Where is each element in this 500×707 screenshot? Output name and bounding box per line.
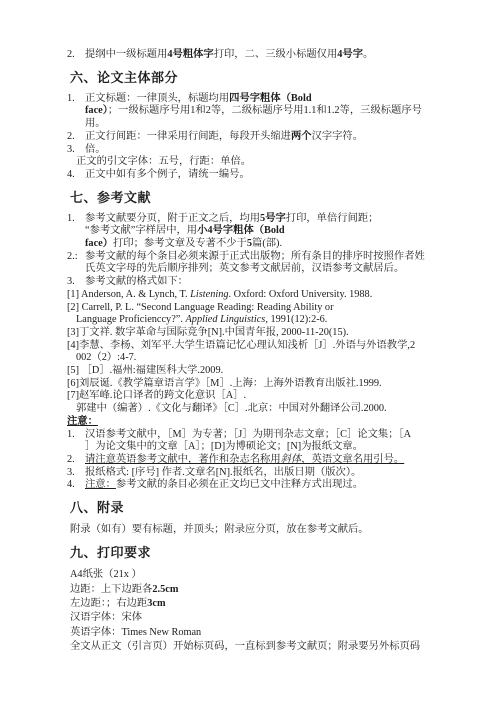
text-segment: 汉语参考文献中，［M］为专著；［J］为期刊杂志文章；［C］论文集；［A bbox=[85, 429, 411, 440]
text-segment: Listening bbox=[190, 289, 228, 300]
list-item: 2.正文行间距：一律采用行间距，每段开头缩进两个汉字字符。 bbox=[67, 131, 445, 144]
text-segment: . Oxford: Oxford University. 1988. bbox=[229, 289, 373, 300]
text-segment: [7]赵军峰.论口译者的跨文化意识［A］. bbox=[67, 390, 246, 401]
text-segment: 4号粗体字 bbox=[167, 49, 213, 60]
list-item: 3.参考文献的格式如下： bbox=[67, 276, 445, 289]
text-segment: [1] Anderson, A. & Lynch, T. bbox=[67, 289, 190, 300]
list-marker: 3. bbox=[67, 467, 85, 480]
list-item-text: 倍。 bbox=[85, 144, 106, 157]
reference-entry: [7]赵军峰.论口译者的跨文化意识［A］.郭建中（编著）.《文化与翻译》［C］.… bbox=[67, 390, 445, 415]
document-page: 2.提纲中一级标题用4号粗体字打印，二、三级小标题仅用4号字。六、论文主体部分1… bbox=[0, 0, 500, 707]
reference-entry: [2] Carrell, P. L. “Second Language Read… bbox=[67, 302, 445, 327]
text-segment: 六、论文主体部分 bbox=[70, 70, 178, 85]
list-marker: 1. bbox=[67, 213, 85, 251]
text-segment: 汉字字符。 bbox=[312, 131, 363, 142]
text-segment: 正文中如有多个例子，请统一编号。 bbox=[85, 169, 250, 180]
list-marker: 2. bbox=[67, 131, 85, 144]
paragraph-line: A4纸张（21x ） bbox=[70, 568, 445, 582]
list-item: 4.正文中如有多个例子，请统一编号。 bbox=[67, 169, 445, 182]
reference-entry: [6]刘辰诞.《教学篇章语言学》［M］.上海：上海外语教育出版社.1999. bbox=[67, 378, 445, 391]
text-segment: 左边距：；右边距 bbox=[70, 598, 147, 609]
list-item-text: 参考文献的格式如下： bbox=[85, 276, 188, 289]
list-marker: 4. bbox=[67, 479, 85, 492]
text-segment: [3]丁文祥. 数字革命与国际竞争[N].中国青年报, 2000-11-20(1… bbox=[67, 327, 349, 338]
list-item: 3.倍。 bbox=[67, 144, 445, 157]
list-item-text: 正文标题：一律顶头，标题均用四号字粗体（Boldface）；一级标题序号用1和2… bbox=[85, 93, 422, 131]
text-segment: 附录（如有）要有标题，并顶头；附录应分页，放在参考文献后。 bbox=[70, 524, 369, 535]
text-segment: 打印，二、三级小标题仅用 bbox=[214, 49, 338, 60]
paragraph-line: 注意： bbox=[67, 416, 445, 429]
text-segment: 参考文献的格式如下： bbox=[85, 276, 188, 287]
text-segment: 七、参考文献 bbox=[70, 190, 151, 205]
text-segment: face） bbox=[85, 105, 108, 116]
section-heading: 七、参考文献 bbox=[70, 190, 445, 206]
list-item-text: 正文中如有多个例子，请统一编号。 bbox=[85, 169, 250, 182]
list-item: 2.请注意英语参考文献中，著作和杂志名称用斜体，英语文章名用引号。 bbox=[67, 454, 445, 467]
list-item: 1.汉语参考文献中，［M］为专著；［J］为期刊杂志文章；［C］论文集；［A］为论… bbox=[67, 429, 445, 454]
list-item: 4.注意：参考文献的条目必须在正文均已文中注释方式出现过。 bbox=[67, 479, 445, 492]
paragraph-line: 全文从正文（引言页）开始标页码，一直标到参考文献页；附录要另外标页码 bbox=[70, 640, 445, 654]
text-segment: 提纲中一级标题用 bbox=[85, 49, 167, 60]
list-item-text: 正文行间距：一律采用行间距，每段开头缩进两个汉字字符。 bbox=[85, 131, 363, 144]
text-segment: 报纸格式: [序号] 作者.文章名[N].报纸名，出版日期（版次）。 bbox=[85, 467, 361, 478]
text-segment: “参考文献”字样居中，用 bbox=[85, 225, 197, 236]
reference-entry: [3]丁文祥. 数字革命与国际竞争[N].中国青年报, 2000-11-20(1… bbox=[67, 327, 445, 340]
document-content: 2.提纲中一级标题用4号粗体字打印，二、三级小标题仅用4号字。六、论文主体部分1… bbox=[67, 49, 445, 654]
list-marker: 2.: bbox=[67, 251, 85, 276]
list-item-text: 提纲中一级标题用4号粗体字打印，二、三级小标题仅用4号字。 bbox=[85, 49, 373, 62]
text-segment: 全文从正文（引言页）开始标页码，一直标到参考文献页；附录要另外标页码 bbox=[70, 641, 420, 652]
text-segment: 002（2）:4-7. bbox=[76, 352, 136, 363]
text-segment: 九、打印要求 bbox=[70, 545, 151, 560]
text-segment: 注意： bbox=[67, 416, 98, 427]
text-segment: ；一级标题序号用1和2等，二级标题序号用1.1和1.2等，三级标题序号 bbox=[108, 105, 422, 116]
text-segment: 参考文献的每个条目必须来源于正式出版物；所有条目的排序时按照作者姓 bbox=[85, 251, 425, 262]
text-segment: 八、附录 bbox=[70, 500, 124, 515]
paragraph-line: 正文的引文字体：五号，行距：单倍。 bbox=[76, 156, 445, 169]
text-segment: 打印，单倍行间距； bbox=[286, 213, 379, 224]
list-item-text: 报纸格式: [序号] 作者.文章名[N].报纸名，出版日期（版次）。 bbox=[85, 467, 361, 480]
reference-entry: [1] Anderson, A. & Lynch, T. Listening. … bbox=[67, 289, 445, 302]
text-segment: A4纸张（21x ） bbox=[70, 569, 142, 580]
list-item-text: 注意：参考文献的条目必须在正文均已文中注释方式出现过。 bbox=[85, 479, 363, 492]
list-item: 3.报纸格式: [序号] 作者.文章名[N].报纸名，出版日期（版次）。 bbox=[67, 467, 445, 480]
text-segment: [2] Carrell, P. L. “Second Language Read… bbox=[67, 302, 334, 313]
section-heading: 六、论文主体部分 bbox=[70, 70, 445, 86]
text-segment: 氏英文字母的先后顺序排列；英文参考文献居前，汉语参考文献居后。 bbox=[85, 263, 404, 274]
text-segment: 篇(部). bbox=[252, 238, 282, 249]
text-segment: 4号字 bbox=[337, 49, 363, 60]
paragraph-line: 边距：上下边距各2.5cm bbox=[70, 583, 445, 597]
list-marker: 1. bbox=[67, 429, 85, 454]
list-marker: 3. bbox=[67, 276, 85, 289]
text-segment: [4]李慧、李杨、刘军平.大学生语篇记忆心理认知浅析［J］.外语与外语教学,2 bbox=[67, 340, 415, 351]
list-item: 2.:参考文献的每个条目必须来源于正式出版物；所有条目的排序时按照作者姓氏英文字… bbox=[67, 251, 445, 276]
section-heading: 八、附录 bbox=[70, 500, 445, 516]
list-marker: 1. bbox=[67, 93, 85, 131]
text-segment: 2.5cm bbox=[152, 584, 178, 595]
list-item-text: 参考文献要分页，附于正文之后，均用5号字打印，单倍行间距；“参考文献”字样居中，… bbox=[85, 213, 378, 251]
reference-entry: [5] ［D］.福州:福建医科大学.2009. bbox=[67, 365, 445, 378]
list-marker: 3. bbox=[67, 144, 85, 157]
list-item: 1.正文标题：一律顶头，标题均用四号字粗体（Boldface）；一级标题序号用1… bbox=[67, 93, 445, 131]
paragraph-line: 附录（如有）要有标题，并顶头；附录应分页，放在参考文献后。 bbox=[70, 523, 445, 537]
text-segment: 小4号字粗体（Bold bbox=[197, 225, 285, 236]
text-segment: 参考文献要分页，附于正文之后，均用 bbox=[85, 213, 260, 224]
list-marker: 2. bbox=[67, 49, 85, 62]
text-segment: [5] ［D］.福州:福建医科大学.2009. bbox=[67, 365, 223, 376]
paragraph-line: 英语字体：Times New Roman bbox=[70, 626, 445, 640]
section-heading: 九、打印要求 bbox=[70, 545, 445, 561]
list-item-text: 汉语参考文献中，［M］为专著；［J］为期刊杂志文章；［C］论文集；［A］为论文集… bbox=[85, 429, 411, 454]
text-segment: 正文标题：一律顶头，标题均用 bbox=[85, 93, 229, 104]
list-item: 2.提纲中一级标题用4号粗体字打印，二、三级小标题仅用4号字。 bbox=[67, 49, 445, 62]
list-marker: 4. bbox=[67, 169, 85, 182]
text-segment: Language Proficienccy?”. bbox=[76, 314, 186, 325]
text-segment: Applied Linguistics bbox=[186, 314, 266, 325]
text-segment: 英语字体：Times New Roman bbox=[70, 627, 201, 638]
text-segment: 正文的引文字体：五号，行距：单倍。 bbox=[76, 156, 251, 167]
text-segment: 注意： bbox=[85, 479, 116, 490]
text-segment: 3cm bbox=[147, 598, 165, 609]
list-item-text: 请注意英语参考文献中，著作和杂志名称用斜体，英语文章名用引号。 bbox=[85, 454, 404, 467]
text-segment: , 1991(12):2-6. bbox=[265, 314, 327, 325]
paragraph-line: 左边距：；右边距3cm bbox=[70, 597, 445, 611]
text-segment: 。 bbox=[363, 49, 373, 60]
text-segment: 斜体 bbox=[281, 454, 302, 465]
text-segment: 正文行间距：一律采用行间距，每段开头缩进 bbox=[85, 131, 291, 142]
paragraph-line: 汉语字体：宋体 bbox=[70, 611, 445, 625]
text-segment: 两个 bbox=[291, 131, 312, 142]
text-segment: 四号字粗体（Bold bbox=[229, 93, 311, 104]
text-segment: ］为论文集中的文章［A］；[D]为博硕论文；[N]为报纸文章。 bbox=[85, 441, 363, 452]
text-segment: face） bbox=[85, 238, 113, 249]
list-item: 1.参考文献要分页，附于正文之后，均用5号字打印，单倍行间距；“参考文献”字样居… bbox=[67, 213, 445, 251]
list-marker: 2. bbox=[67, 454, 85, 467]
text-segment: 边距：上下边距各 bbox=[70, 584, 152, 595]
text-segment: 郭建中（编著）.《文化与翻译》［C］.北京：中国对外翻译公司.2000. bbox=[76, 403, 387, 414]
text-segment: ，英语文章名用引号。 bbox=[301, 454, 404, 465]
text-segment: [6]刘辰诞.《教学篇章语言学》［M］.上海：上海外语教育出版社.1999. bbox=[67, 378, 382, 389]
text-segment: 倍。 bbox=[85, 144, 106, 155]
text-segment: 用。 bbox=[85, 118, 106, 129]
text-segment: 请注意英语参考文献中，著作和杂志名称用 bbox=[85, 454, 281, 465]
text-segment: 汉语字体：宋体 bbox=[70, 612, 142, 623]
text-segment: 打印；参考文章及专著不少于 bbox=[113, 238, 247, 249]
text-segment: 参考文献的条目必须在正文均已文中注释方式出现过。 bbox=[116, 479, 363, 490]
text-segment: 5号字 bbox=[260, 213, 286, 224]
list-item-text: 参考文献的每个条目必须来源于正式出版物；所有条目的排序时按照作者姓氏英文字母的先… bbox=[85, 251, 425, 276]
reference-entry: [4]李慧、李杨、刘军平.大学生语篇记忆心理认知浅析［J］.外语与外语教学,20… bbox=[67, 340, 445, 365]
